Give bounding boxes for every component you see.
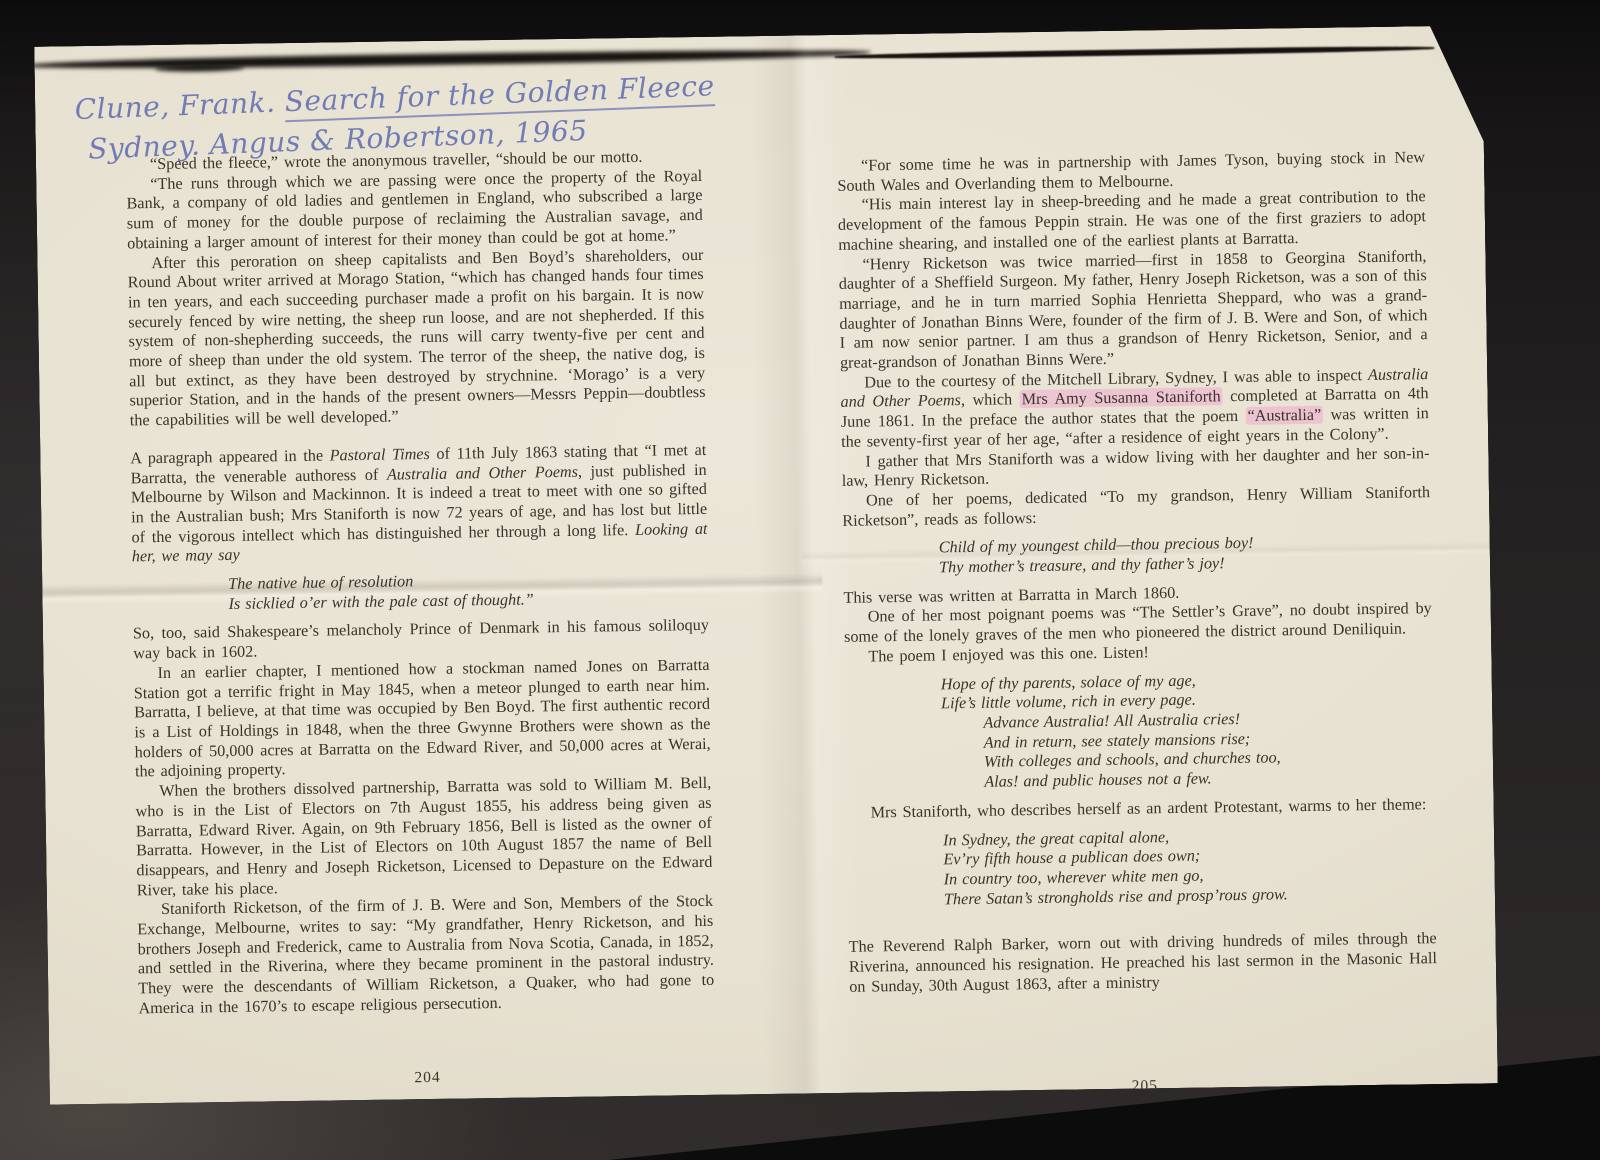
paragraph: A paragraph appeared in the Pastoral Tim… [130,441,708,568]
photocopied-book-spread: Clune, Frank. Search for the Golden Flee… [34,25,1498,1104]
body-text: , which [961,391,1020,410]
body-text: “The runs through which we are passing w… [126,167,702,253]
body-text: “Henry Ricketson was twice married—first… [839,247,1428,372]
paragraph: Mrs Staniforth, who describes herself as… [847,795,1435,823]
poem-verse: The native hue of resolutionIs sicklied … [228,568,709,615]
body-text: One of her poems, dedicated “To my grand… [842,483,1430,529]
paragraph: In an earlier chapter, I mentioned how a… [133,656,711,783]
body-text: The Reverend Ralph Barker, worn out with… [849,929,1437,995]
paragraph: “His main interest lay in sheep-breeding… [838,188,1427,256]
body-text: The poem I enjoyed was this one. Listen! [868,643,1149,665]
paragraph: “Henry Ricketson was twice married—first… [838,247,1428,374]
italic-text: Australia and Other Poems [387,462,578,483]
photocopy-edge-smudge [155,64,245,72]
italic-text: Pastoral Times [330,445,430,464]
body-text: One of her most poignant poems was “The … [844,600,1432,646]
body-text: When the brothers dissolved partnership,… [135,774,712,899]
pink-highlighted-text: Mrs Amy Susanna Staniforth [1020,388,1223,409]
pink-highlighted-text: “Australia” [1245,406,1323,425]
photo-of-book-page: Clune, Frank. Search for the Golden Flee… [0,0,1600,1160]
paragraph: The Reverend Ralph Barker, worn out with… [849,929,1438,997]
body-text: I gather that Mrs Staniforth was a widow… [842,444,1430,490]
paragraph: “The runs through which we are passing w… [126,167,703,254]
paragraph: Due to the courtesy of the Mitchell Libr… [840,365,1429,453]
poem-verse: In Sydney, the great capital alone,Ev’ry… [943,824,1436,910]
citation-author: Clune, Frank. [74,85,285,126]
body-text: “For some time he was in partnership wit… [837,148,1425,194]
page-204-text-column: “Speed the fleece,” wrote the anonymous … [126,147,716,1080]
page-205-text-column: “For some time he was in partnership wit… [837,148,1439,1102]
body-text: In an earlier chapter, I mentioned how a… [134,656,711,781]
paragraph: When the brothers dissolved partnership,… [135,774,713,901]
poem-verse: Hope of thy parents, solace of my age,Li… [941,668,1435,794]
paragraph: One of her poems, dedicated “To my grand… [842,483,1431,531]
paragraph: After this peroration on sheep capitalis… [127,245,706,431]
photocopy-edge-smudge [834,45,1434,60]
body-text: A paragraph appeared in the [130,446,330,467]
body-text: So, too, said Shakespeare’s melancholy P… [133,616,709,662]
paragraph: Staniforth Ricketson, of the firm of J. … [137,892,715,1019]
body-text: After this peroration on sheep capitalis… [128,245,706,429]
body-text: “His main interest lay in sheep-breeding… [838,188,1426,254]
body-text: Staniforth Ricketson, of the firm of J. … [137,892,714,1017]
body-text: Mrs Staniforth, who describes herself as… [871,795,1427,821]
poem-verse: Child of my youngest child—thou precious… [939,531,1432,578]
